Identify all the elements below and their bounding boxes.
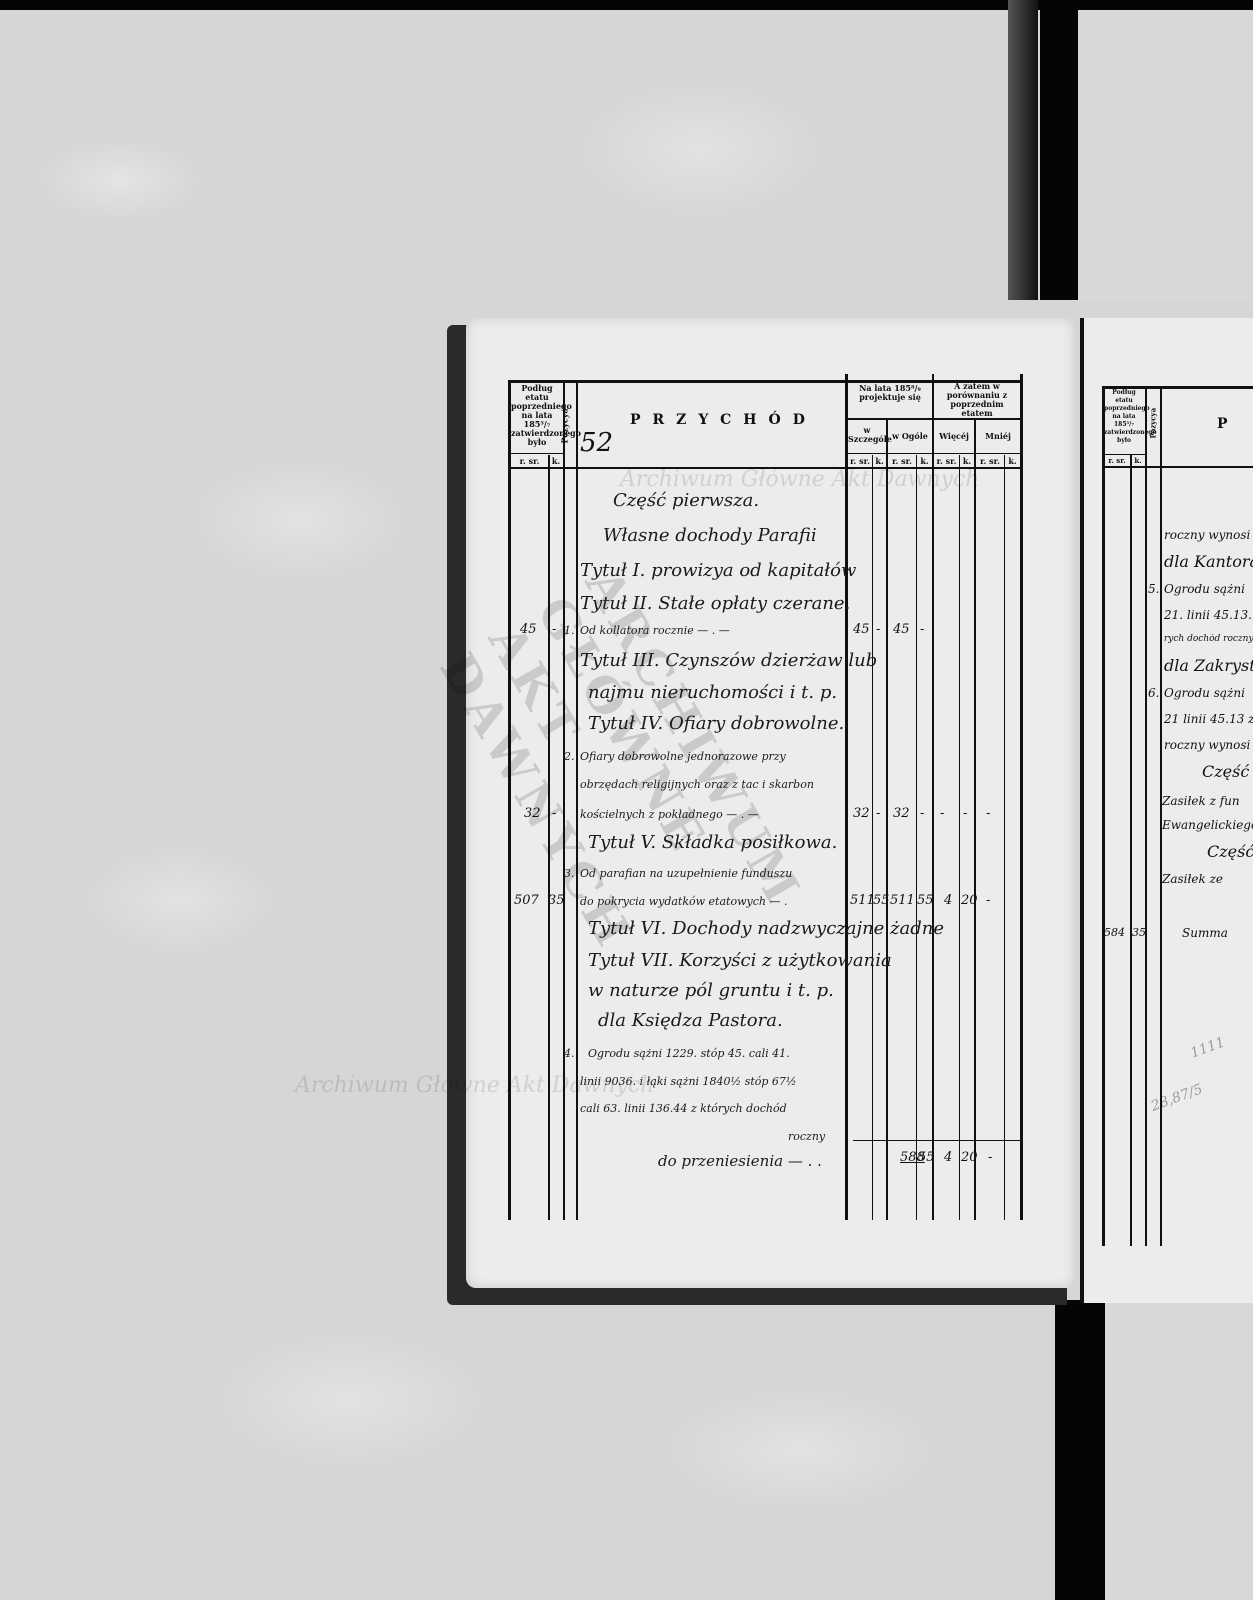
scan-right-area [1078, 10, 1253, 300]
right-row-heading: Część [1207, 842, 1253, 861]
header-prev-budget: Podług etatu poprzedniego na lata 185⁵/₇… [511, 384, 563, 447]
more-rsr: - [940, 806, 944, 821]
row-title: Tytuł I. prowizya od kapitałów [580, 560, 856, 581]
row-title: Tytuł II. Stałe opłaty czerane. [580, 593, 850, 614]
row-heading: Część pierwsza. [613, 490, 759, 511]
right-row: Ogrodu sążni [1164, 582, 1253, 596]
book-gutter-bottom [1055, 1300, 1105, 1600]
ledger-table: Podług etatu poprzedniego na lata 185⁵/₇… [508, 380, 1048, 1250]
row-text: cali 63. linii 136.44 z których dochód [580, 1102, 787, 1115]
right-row: roczny wynosi [1164, 528, 1253, 542]
header-total: w Ogóle [888, 432, 932, 441]
unit-k: k. [960, 457, 974, 466]
header-title-partial: P [1217, 416, 1240, 432]
right-row-position: 6. [1148, 686, 1159, 700]
right-row: 21 linii 45.13 z [1164, 712, 1253, 726]
total-k: - [920, 622, 924, 637]
scan-right-bottom-area [1105, 1300, 1253, 1600]
row-title: najmu nieruchomości i t. p. [588, 682, 837, 703]
right-row: Zasiłek ze [1162, 872, 1253, 886]
unit-k: k. [550, 457, 562, 466]
row-text: obrzędach religijnych oraz z tac i skarb… [580, 778, 814, 791]
header-position: Pozycya [561, 414, 570, 444]
row-title: Tytuł IV. Ofiary dobrowolne. [588, 713, 844, 734]
total-k: - [920, 806, 924, 821]
row-text: Ofiary dobrowolne jednorazowe przy [580, 750, 786, 763]
right-row: Ogrodu sążni [1164, 686, 1253, 700]
row-text: linii 9036. i łąki sążni 1840½ stóp 67½ [580, 1075, 797, 1088]
right-row: dla Kantora [1164, 552, 1253, 571]
right-row-heading: Część [1202, 762, 1253, 781]
row-position: 3. [564, 867, 575, 880]
prev-rsr: 507 [514, 893, 539, 908]
carry-less-rsr: - [988, 1150, 992, 1165]
unit-k: k. [1132, 456, 1144, 465]
header-position: Pozycya [1149, 413, 1158, 439]
header-more: Więcéj [934, 432, 974, 441]
row-title: Tytuł VI. Dochody nadzwyczajne żadne [588, 918, 944, 939]
row-text: Od parafian na uzupełnienie funduszu [580, 867, 792, 880]
more-k: - [963, 806, 967, 821]
row-title: dla Księdza Pastora. [598, 1010, 783, 1031]
unit-rsr: r. sr. [848, 457, 872, 466]
detail-k: - [876, 806, 880, 821]
row-title: Tytuł III. Czynszów dzierżaw lub [580, 650, 877, 671]
unit-rsr: r. sr. [888, 457, 916, 466]
right-row-position: 5. [1148, 582, 1159, 596]
header-detail: w Szczególe [848, 426, 886, 444]
prev-k: - [552, 622, 556, 637]
right-row: roczny wynosi [1164, 738, 1253, 752]
header-prev-budget: Podług etatu poprzedniego na lata 185⁵/₇… [1104, 389, 1144, 445]
row-title: w naturze pól gruntu i t. p. [588, 980, 834, 1001]
header-projected: Na lata 185⁸/₉ projektuje się [848, 384, 932, 402]
prev-k: 35 [548, 893, 565, 908]
right-prev-rsr: 584 [1104, 926, 1125, 939]
detail-rsr: 511 [850, 893, 875, 908]
header-title: PRZYCHÓD [630, 412, 817, 428]
row-position: 2. [564, 750, 575, 763]
unit-rsr: r. sr. [511, 457, 548, 466]
right-row: rych dochód roczny [1164, 634, 1253, 644]
book-gutter-shadow [1008, 0, 1038, 300]
row-text: do pokrycia wydatków etatowych — . [580, 895, 787, 908]
total-rsr: 32 [893, 806, 910, 821]
detail-k: 55 [873, 893, 890, 908]
book-gutter [1040, 0, 1078, 300]
right-row: dla Zakrystiana [1164, 656, 1253, 675]
unit-k: k. [917, 457, 932, 466]
row-heading: Własne dochody Parafii [603, 525, 817, 546]
carry-more-rsr: 4 [944, 1150, 952, 1165]
right-ledger-table: Podług etatu poprzedniego na lata 185⁵/₇… [1102, 386, 1253, 1246]
more-k: 20 [961, 893, 978, 908]
detail-rsr: 32 [853, 806, 870, 821]
unit-rsr: r. sr. [1104, 456, 1130, 465]
less-rsr: - [986, 893, 990, 908]
unit-k: k. [1005, 457, 1020, 466]
row-title: Tytuł V. Składka posiłkowa. [588, 832, 837, 853]
prev-rsr: 45 [520, 622, 537, 637]
carry-total-k: 55 [918, 1150, 935, 1165]
total-rsr: 511 [890, 893, 915, 908]
prev-k: - [552, 806, 556, 821]
unit-rsr: r. sr. [934, 457, 959, 466]
more-rsr: 4 [944, 893, 952, 908]
detail-k: - [876, 622, 880, 637]
carry-forward-label: do przeniesienia — . . [658, 1152, 822, 1170]
row-text: kościelnych z pokładnego — . — [580, 808, 759, 821]
unit-k: k. [873, 457, 886, 466]
total-k: 55 [917, 893, 934, 908]
detail-rsr: 45 [853, 622, 870, 637]
carry-more-k: 20 [961, 1150, 978, 1165]
row-position: 4. [564, 1047, 575, 1060]
row-text: roczny [788, 1130, 825, 1143]
right-row: Zasiłek z fun [1162, 794, 1253, 808]
unit-rsr: r. sr. [976, 457, 1004, 466]
header-comparison: A zatem w porównaniu z poprzednim etatem [934, 382, 1020, 418]
right-row: Ewangelickiego [1162, 818, 1253, 832]
right-row: 21. linii 45.13. [1164, 608, 1253, 622]
prev-rsr: 32 [524, 806, 541, 821]
total-rsr: 45 [893, 622, 910, 637]
row-text: Ogrodu sążni 1229. stóp 45. cali 41. [588, 1047, 790, 1060]
row-title: Tytuł VII. Korzyści z użytkowania [588, 950, 892, 971]
right-row-summa: Summa [1182, 926, 1253, 940]
row-position: 1. [564, 624, 575, 637]
header-less: Mniéj [976, 432, 1020, 441]
row-text: Od kollatora rocznie — . — [580, 624, 730, 637]
less-rsr: - [986, 806, 990, 821]
right-prev-k: 35 [1132, 926, 1146, 939]
